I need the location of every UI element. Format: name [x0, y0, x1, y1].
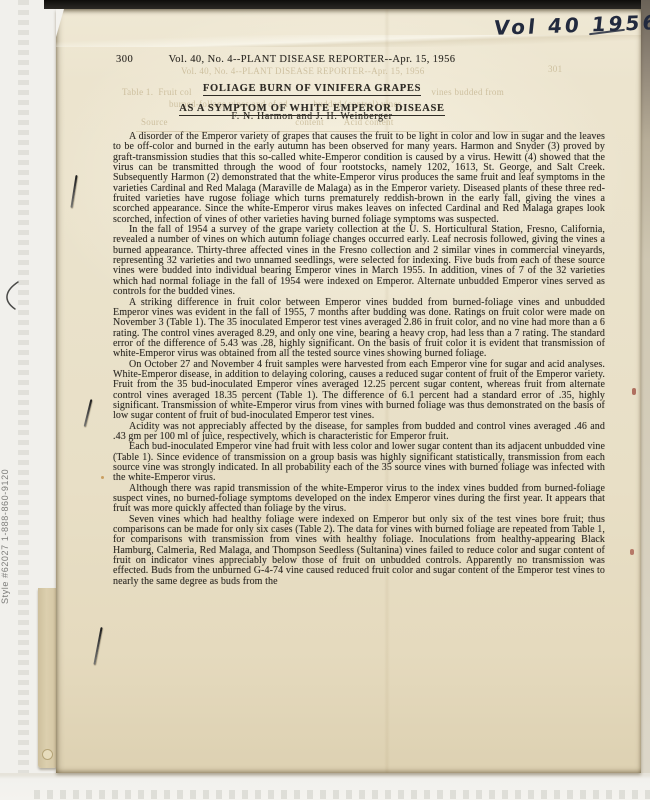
- scanned-paper: Vol. 40, No. 4--PLANT DISEASE REPORTER--…: [56, 9, 641, 773]
- paragraph-4: On October 27 and November 4 fruit sampl…: [113, 360, 605, 422]
- scan-dark-strip-top: [44, 0, 650, 9]
- paragraph-3: A striking difference in fruit color bet…: [113, 298, 605, 360]
- ghost-page-number: 301: [548, 64, 562, 74]
- album-perforated-edge-left: [18, 0, 29, 800]
- ghost-journal-header: Vol. 40, No. 4--PLANT DISEASE REPORTER--…: [181, 66, 425, 76]
- scan-shadow-right-edge: [641, 0, 650, 773]
- journal-header: Vol. 40, No. 4--PLANT DISEASE REPORTER--…: [76, 54, 548, 65]
- ink-speck: [101, 476, 104, 479]
- paragraph-7: Although there was rapid transmission of…: [113, 484, 605, 515]
- paragraph-5: Acidity was not appreciably affected by …: [113, 422, 605, 443]
- paragraph-1: A disorder of the Emperor variety of gra…: [113, 132, 605, 225]
- reinforcement-ring: [42, 749, 53, 760]
- paragraph-2: In the fall of 1954 a survey of the grap…: [113, 225, 605, 297]
- album-perforated-edge-bottom: [34, 790, 650, 799]
- article-title-line1: FOLIAGE BURN OF VINIFERA GRAPES: [203, 83, 421, 96]
- article-body: A disorder of the Emperor variety of gra…: [113, 132, 605, 587]
- paper-corner-sliver: [56, 9, 64, 37]
- scanned-page-scene: Style #62027 1-888-860-9120 Vol. 40, No.…: [0, 0, 650, 800]
- paragraph-8: Seven vines which had healthy foliage we…: [113, 515, 605, 587]
- pen-mark-curve: [0, 280, 22, 312]
- ink-speck: [630, 549, 634, 555]
- authors-line: F. N. Harmon and J. H. Weinberger: [76, 111, 548, 122]
- ink-speck: [632, 388, 636, 395]
- album-style-code-text: Style #62027 1-888-860-9120: [0, 414, 15, 604]
- paragraph-6: Each bud-inoculated Emperor vine had fru…: [113, 442, 605, 483]
